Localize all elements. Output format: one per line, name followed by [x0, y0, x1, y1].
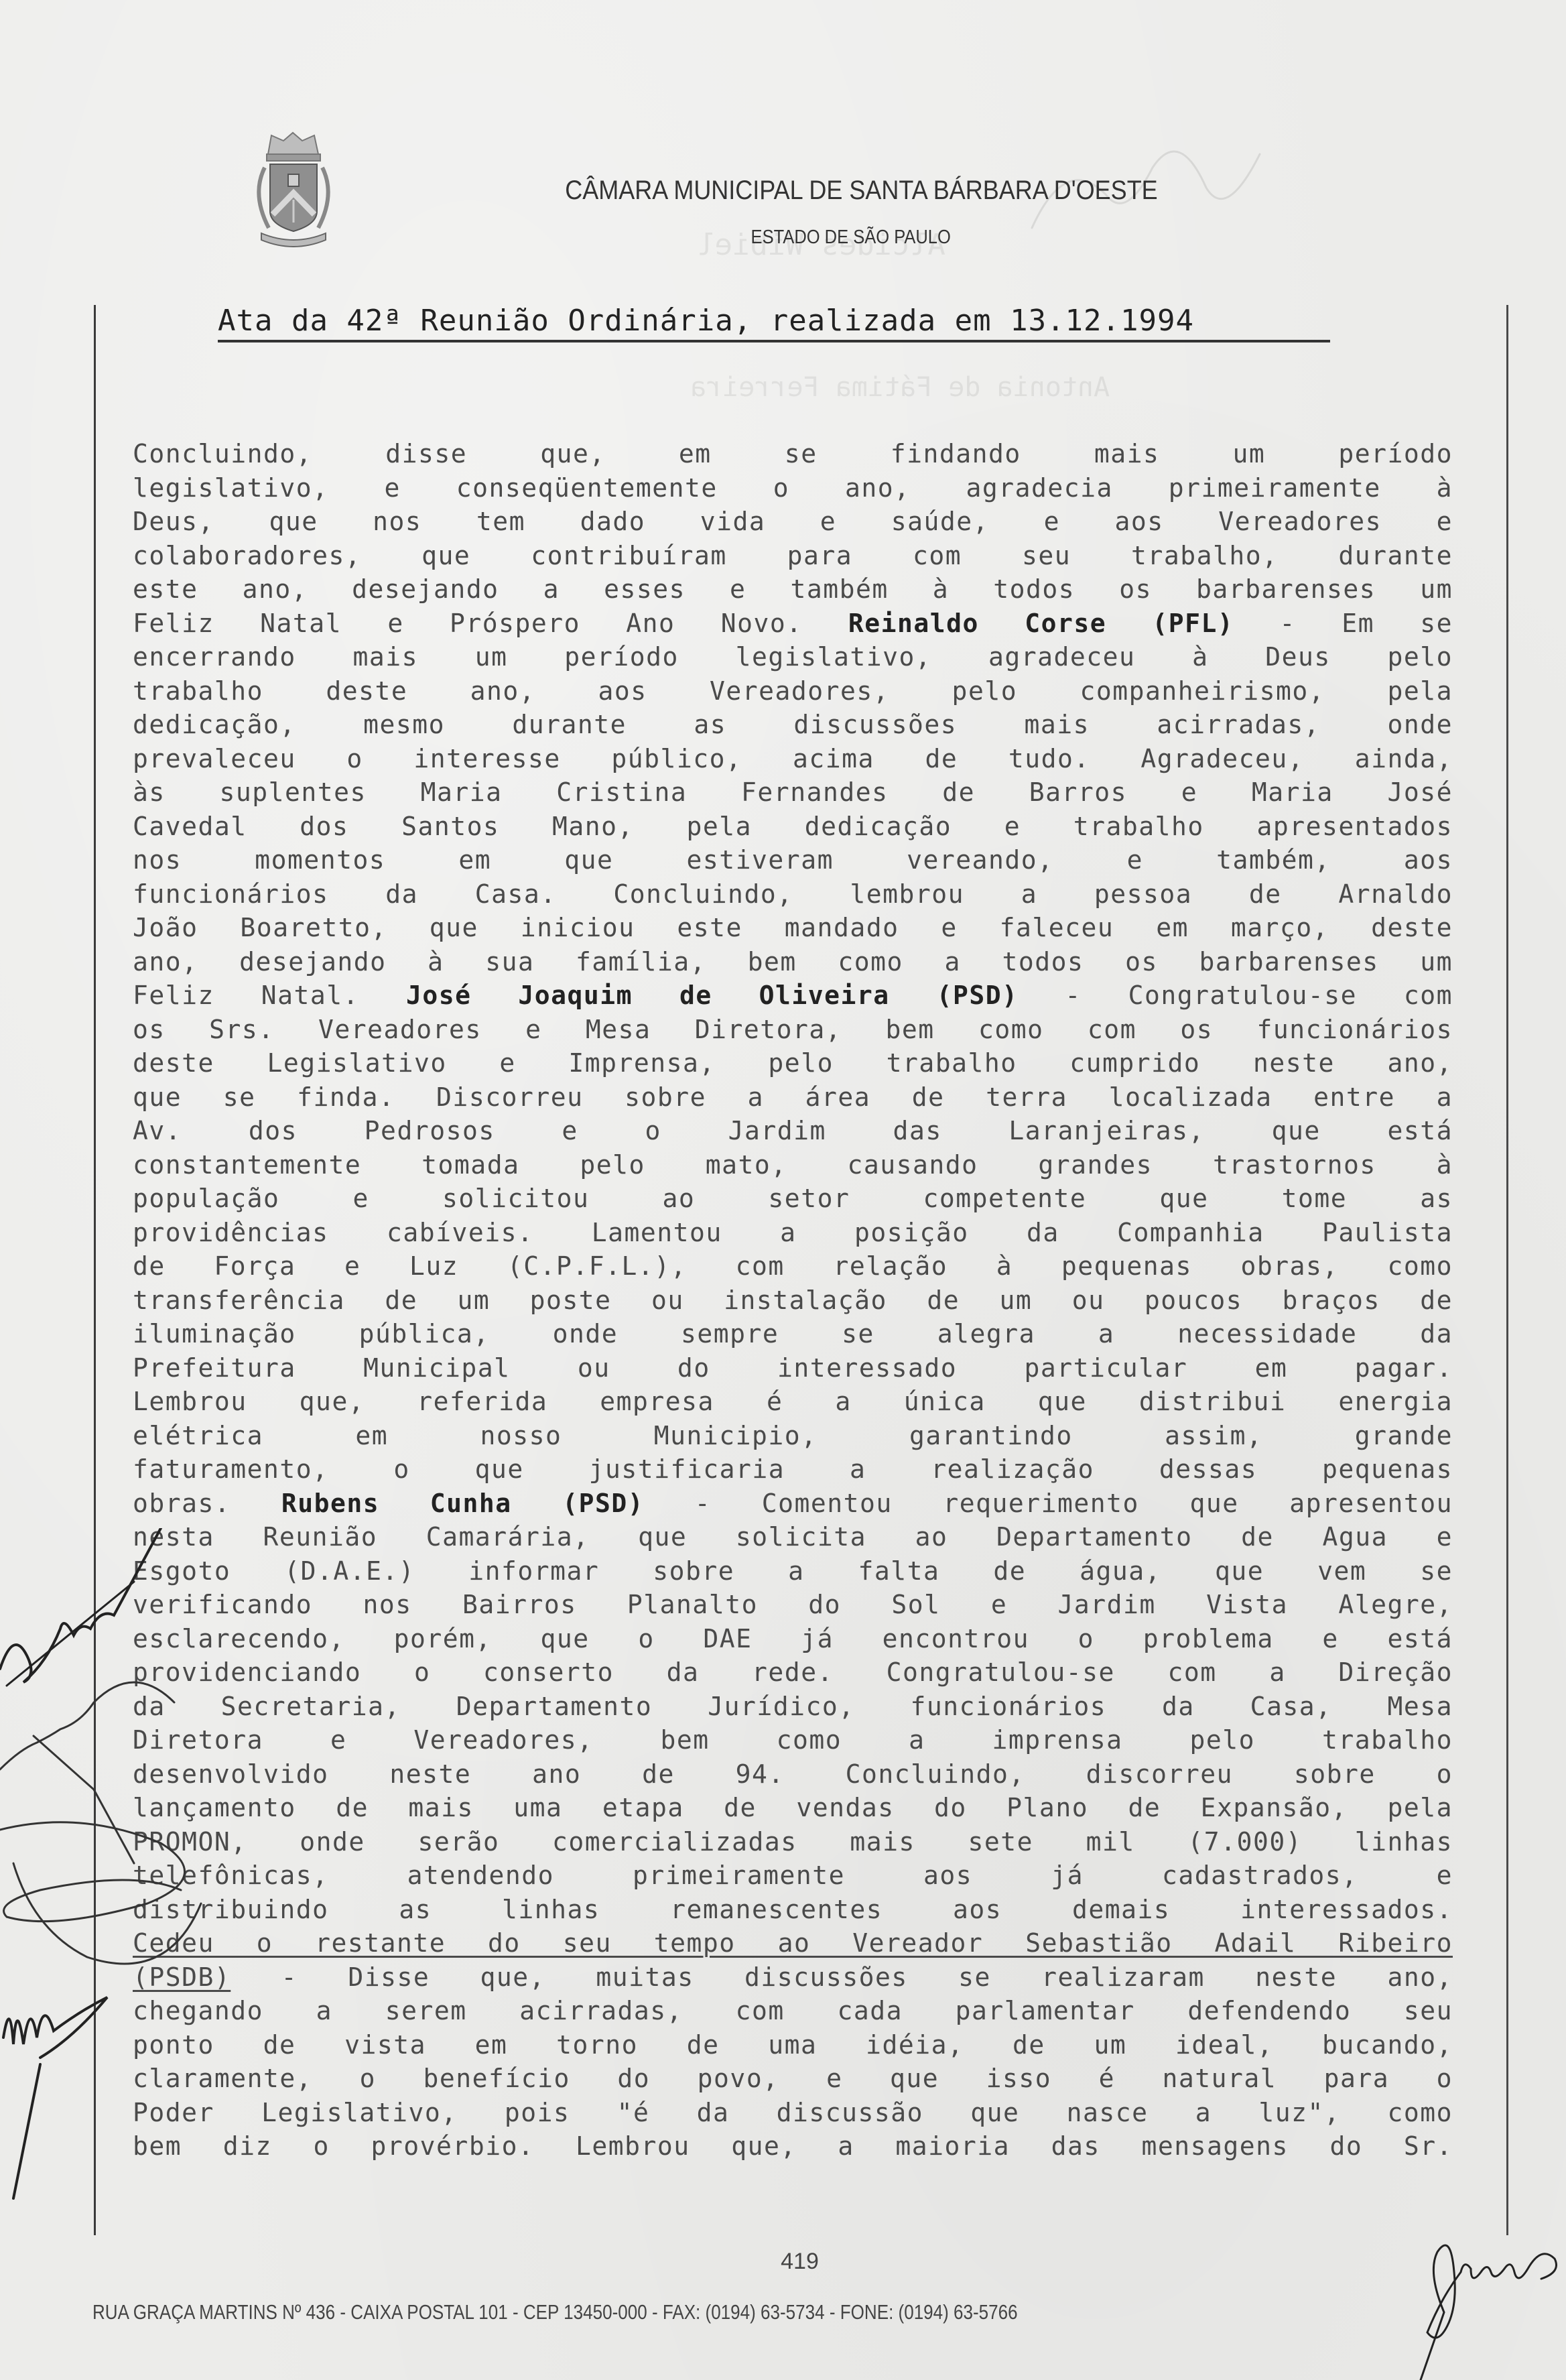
frame-border-left [94, 305, 96, 2235]
text-segment: encerrando mais um período legislativo, … [133, 642, 1453, 672]
text-line: Deus, que nos tem dado vida e saúde, e a… [133, 505, 1453, 539]
text-segment: às suplentes Maria Cristina Fernandes de… [133, 777, 1453, 807]
text-line: Cavedal dos Santos Mano, pela dedicação … [133, 810, 1453, 844]
text-line: nos momentos em que estiveram vereando, … [133, 843, 1453, 877]
text-segment: Diretora e Vereadores, bem como a impren… [133, 1725, 1453, 1755]
text-segment: Prefeitura Municipal ou do interessado p… [133, 1353, 1453, 1383]
text-line: João Boaretto, que iniciou este mandado … [133, 911, 1453, 945]
text-segment: iluminação pública, onde sempre se alegr… [133, 1319, 1453, 1349]
text-line: encerrando mais um período legislativo, … [133, 640, 1453, 674]
text-segment: trabalho deste ano, aos Vereadores, pelo… [133, 676, 1453, 706]
text-segment: população e solicitou ao setor competent… [133, 1184, 1453, 1213]
text-line: Feliz Natal e Próspero Ano Novo. Reinald… [133, 607, 1453, 641]
text-line: providências cabíveis. Lamentou a posiçã… [133, 1216, 1453, 1250]
text-line: Concluindo, disse que, em se findando ma… [133, 437, 1453, 471]
text-line: telefônicas, atendendo primeiramente aos… [133, 1859, 1453, 1893]
text-line: iluminação pública, onde sempre se alegr… [133, 1317, 1453, 1351]
text-line: de Força e Luz (C.P.F.L.), com relação à… [133, 1249, 1453, 1283]
text-line: Lembrou que, referida empresa é a única … [133, 1385, 1453, 1419]
text-line: constantemente tomada pelo mato, causand… [133, 1148, 1453, 1182]
text-segment: Concluindo, disse que, em se findando ma… [133, 439, 1453, 468]
text-segment: Lembrou que, referida empresa é a única … [133, 1387, 1453, 1416]
text-line: população e solicitou ao setor competent… [133, 1182, 1453, 1216]
text-segment: Cavedal dos Santos Mano, pela dedicação … [133, 812, 1453, 841]
text-line: Cedeu o restante do seu tempo ao Vereado… [133, 1926, 1453, 1960]
text-segment: da Secretaria, Departamento Jurídico, fu… [133, 1692, 1453, 1721]
text-segment: Feliz Natal e Próspero Ano Novo. [133, 609, 848, 638]
text-segment: Feliz Natal. [133, 981, 406, 1010]
text-segment: funcionários da Casa. Concluindo, lembro… [133, 879, 1453, 909]
text-segment: chegando a serem acirradas, com cada par… [133, 1996, 1453, 2025]
text-line: às suplentes Maria Cristina Fernandes de… [133, 775, 1453, 810]
text-segment: providências cabíveis. Lamentou a posiçã… [133, 1218, 1453, 1247]
text-segment: ano, desejando à sua família, bem como a… [133, 947, 1453, 977]
text-line: prevaleceu o interesse público, acima de… [133, 742, 1453, 776]
minutes-body-text: Concluindo, disse que, em se findando ma… [133, 437, 1453, 2164]
text-segment: elétrica em nosso Municipio, garantindo … [133, 1421, 1453, 1450]
text-segment: dedicação, mesmo durante as discussões m… [133, 710, 1453, 739]
text-segment: Esgoto (D.A.E.) informar sobre a falta d… [133, 1556, 1453, 1586]
text-segment: prevaleceu o interesse público, acima de… [133, 744, 1453, 773]
text-line: que se finda. Discorreu sobre a área de … [133, 1080, 1453, 1115]
text-line: da Secretaria, Departamento Jurídico, fu… [133, 1690, 1453, 1724]
text-segment: nesta Reunião Camarária, que solicita ao… [133, 1522, 1453, 1552]
text-segment: PROMON, onde serão comercializadas mais … [133, 1827, 1453, 1857]
text-segment: os Srs. Vereadores e Mesa Diretora, bem … [133, 1015, 1453, 1044]
frame-border-right [1506, 305, 1508, 2235]
text-line: distribuindo as linhas remanescentes aos… [133, 1893, 1453, 1927]
text-segment: - Comentou requerimento que apresentou [644, 1489, 1453, 1518]
text-line: lançamento de mais uma etapa de vendas d… [133, 1791, 1453, 1825]
text-segment: colaboradores, que contribuíram para com… [133, 541, 1453, 570]
text-segment: obras. [133, 1489, 281, 1518]
text-segment: verificando nos Bairros Planalto do Sol … [133, 1590, 1453, 1619]
text-line: chegando a serem acirradas, com cada par… [133, 1994, 1453, 2028]
text-line: Feliz Natal. José Joaquim de Oliveira (P… [133, 979, 1453, 1013]
text-segment: este ano, desejando a esses e também à t… [133, 574, 1453, 604]
text-line: elétrica em nosso Municipio, garantindo … [133, 1419, 1453, 1453]
organization-name: CÂMARA MUNICIPAL DE SANTA BÁRBARA D'OEST… [78, 176, 1488, 206]
text-line: Diretora e Vereadores, bem como a impren… [133, 1723, 1453, 1757]
text-segment: esclarecendo, porém, que o DAE já encont… [133, 1624, 1453, 1653]
underlined-text: (PSDB) [133, 1962, 231, 1992]
text-line: faturamento, o que justificaria a realiz… [133, 1452, 1453, 1487]
text-segment: Av. dos Pedrosos e o Jardim das Laranjei… [133, 1116, 1453, 1145]
text-segment: providenciando o conserto da rede. Congr… [133, 1657, 1453, 1687]
text-line: (PSDB) - Disse que, muitas discussões se… [133, 1960, 1453, 1995]
text-line: os Srs. Vereadores e Mesa Diretora, bem … [133, 1013, 1453, 1047]
footer-address: RUA GRAÇA MARTINS Nº 436 - CAIXA POSTAL … [92, 2300, 1018, 2324]
text-segment: João Boaretto, que iniciou este mandado … [133, 913, 1453, 942]
text-line: nesta Reunião Camarária, que solicita ao… [133, 1520, 1453, 1554]
text-segment: Poder Legislativo, pois "é da discussão … [133, 2098, 1453, 2127]
text-segment: desenvolvido neste ano de 94. Concluindo… [133, 1759, 1453, 1789]
text-line: bem diz o provérbio. Lembrou que, a maio… [133, 2129, 1453, 2164]
text-segment: transferência de um poste ou instalação … [133, 1286, 1453, 1315]
text-segment: distribuindo as linhas remanescentes aos… [133, 1895, 1453, 1924]
speaker-name: José Joaquim de Oliveira (PSD) [406, 981, 1018, 1010]
bleed-through-text: Antonia de Fátima Ferreira [690, 372, 1110, 403]
text-segment: telefônicas, atendendo primeiramente aos… [133, 1861, 1453, 1890]
text-line: Prefeitura Municipal ou do interessado p… [133, 1351, 1453, 1385]
text-line: desenvolvido neste ano de 94. Concluindo… [133, 1757, 1453, 1792]
text-segment: nos momentos em que estiveram vereando, … [133, 845, 1453, 875]
organization-state: ESTADO DE SÃO PAULO [94, 227, 1472, 249]
text-segment: legislativo, e conseqüentemente o ano, a… [133, 473, 1453, 503]
text-segment: constantemente tomada pelo mato, causand… [133, 1150, 1453, 1180]
text-segment: bem diz o provérbio. Lembrou que, a maio… [133, 2131, 1453, 2161]
text-line: Esgoto (D.A.E.) informar sobre a falta d… [133, 1554, 1453, 1588]
text-line: Poder Legislativo, pois "é da discussão … [133, 2096, 1453, 2130]
text-line: PROMON, onde serão comercializadas mais … [133, 1825, 1453, 1859]
text-line: verificando nos Bairros Planalto do Sol … [133, 1588, 1453, 1622]
text-segment: que se finda. Discorreu sobre a área de … [133, 1082, 1453, 1112]
text-segment: - Disse que, muitas discussões se realiz… [231, 1962, 1453, 1992]
speaker-name: Rubens Cunha (PSD) [281, 1489, 644, 1518]
text-line: Av. dos Pedrosos e o Jardim das Laranjei… [133, 1114, 1453, 1148]
text-line: ano, desejando à sua família, bem como a… [133, 945, 1453, 979]
text-segment: - Em se [1234, 609, 1453, 638]
text-segment: ponto de vista em torno de uma idéia, de… [133, 2030, 1453, 2060]
text-line: deste Legislativo e Imprensa, pelo traba… [133, 1046, 1453, 1080]
text-segment: faturamento, o que justificaria a realiz… [133, 1454, 1453, 1484]
underlined-text: Cedeu o restante do seu tempo ao Vereado… [133, 1928, 1453, 1958]
document-title: Ata da 42ª Reunião Ordinária, realizada … [218, 304, 1330, 342]
text-line: funcionários da Casa. Concluindo, lembro… [133, 877, 1453, 912]
text-segment: - Congratulou-se com [1018, 981, 1453, 1010]
text-segment: de Força e Luz (C.P.F.L.), com relação à… [133, 1251, 1453, 1281]
speaker-name: Reinaldo Corse (PFL) [848, 609, 1234, 638]
text-line: providenciando o conserto da rede. Congr… [133, 1655, 1453, 1690]
text-segment: Deus, que nos tem dado vida e saúde, e a… [133, 507, 1453, 536]
text-line: obras. Rubens Cunha (PSD) - Comentou req… [133, 1487, 1453, 1521]
page-number: 419 [0, 2249, 1566, 2275]
text-line: ponto de vista em torno de uma idéia, de… [133, 2028, 1453, 2062]
text-line: claramente, o benefício do povo, e que i… [133, 2062, 1453, 2096]
text-line: dedicação, mesmo durante as discussões m… [133, 708, 1453, 742]
text-line: trabalho deste ano, aos Vereadores, pelo… [133, 674, 1453, 708]
text-line: transferência de um poste ou instalação … [133, 1283, 1453, 1318]
text-line: legislativo, e conseqüentemente o ano, a… [133, 471, 1453, 505]
text-line: colaboradores, que contribuíram para com… [133, 539, 1453, 573]
text-line: esclarecendo, porém, que o DAE já encont… [133, 1622, 1453, 1656]
text-segment: deste Legislativo e Imprensa, pelo traba… [133, 1048, 1453, 1078]
text-segment: lançamento de mais uma etapa de vendas d… [133, 1793, 1453, 1822]
text-segment: claramente, o benefício do povo, e que i… [133, 2064, 1453, 2093]
text-line: este ano, desejando a esses e também à t… [133, 572, 1453, 607]
